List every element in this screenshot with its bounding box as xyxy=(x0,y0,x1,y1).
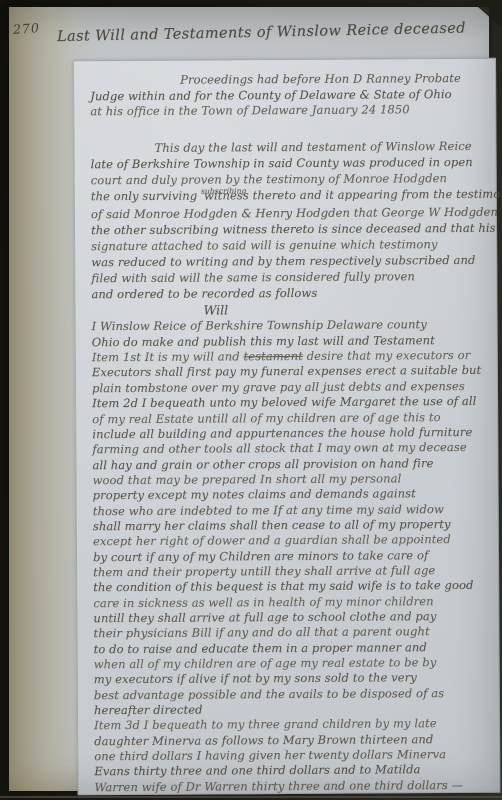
text-span: Item 1st It is my will and xyxy=(92,349,244,364)
text-line: untill they shall arrive at full age to … xyxy=(93,609,492,627)
text-span: This day the last will and testament of … xyxy=(154,138,471,154)
text-line: was reduced to writing and by them respe… xyxy=(91,252,490,271)
text-line: when all of my children are of age my re… xyxy=(94,655,493,673)
text-span: Proceedings had before Hon D Ranney Prob… xyxy=(180,71,461,87)
proving-paragraph: This day the last will and testament of … xyxy=(90,137,490,302)
text-line: farming and other tools all stock that I… xyxy=(92,440,491,458)
text-line: Item 2d I bequeath unto my beloved wife … xyxy=(92,394,491,412)
probate-preamble-paragraph: Proceedings had before Hon D Ranney Prob… xyxy=(90,71,489,120)
text-line: all hay and grain or other crops all pro… xyxy=(92,455,491,473)
text-line: Judge within and for the County of Delaw… xyxy=(90,86,489,104)
will-body-paragraph: I Winslow Reice of Berkshire Township De… xyxy=(92,317,494,795)
text-line: one third dollars I having given her twe… xyxy=(94,747,493,765)
document-title: Last Will and Testaments of Winslow Reic… xyxy=(57,20,466,45)
text-span: desire that my executors or xyxy=(303,348,470,363)
text-line: the only surviving subscribingwitness th… xyxy=(91,186,490,207)
text-span: the only surviving xyxy=(91,188,201,203)
book-page: 270 Last Will and Testaments of Winslow … xyxy=(9,7,489,791)
will-sheet: Proceedings had before Hon D Ranney Prob… xyxy=(73,58,500,796)
page-number: 270 xyxy=(13,20,41,37)
inserted-word: subscribing xyxy=(201,183,204,199)
text-line: Proceedings had before Hon D Ranney Prob… xyxy=(90,71,489,89)
text-line: at his office in the Town of Delaware Ja… xyxy=(90,102,489,120)
text-line: Warren wife of Dr Warren thirty three an… xyxy=(94,777,493,795)
page-corner-shadow xyxy=(469,0,502,29)
text-span: witness thereto and it appearing from th… xyxy=(204,186,502,202)
sheet-text: Proceedings had before Hon D Ranney Prob… xyxy=(90,71,493,796)
struck-word: testament xyxy=(243,349,303,363)
text-line: best advantage possible and the avails t… xyxy=(94,685,493,703)
photo-bottom-edge xyxy=(0,796,502,798)
text-line: except her right of dower and a guardian… xyxy=(93,532,492,550)
document-photo: 270 Last Will and Testaments of Winslow … xyxy=(0,0,502,800)
text-line: This day the last will and testament of … xyxy=(90,137,489,156)
